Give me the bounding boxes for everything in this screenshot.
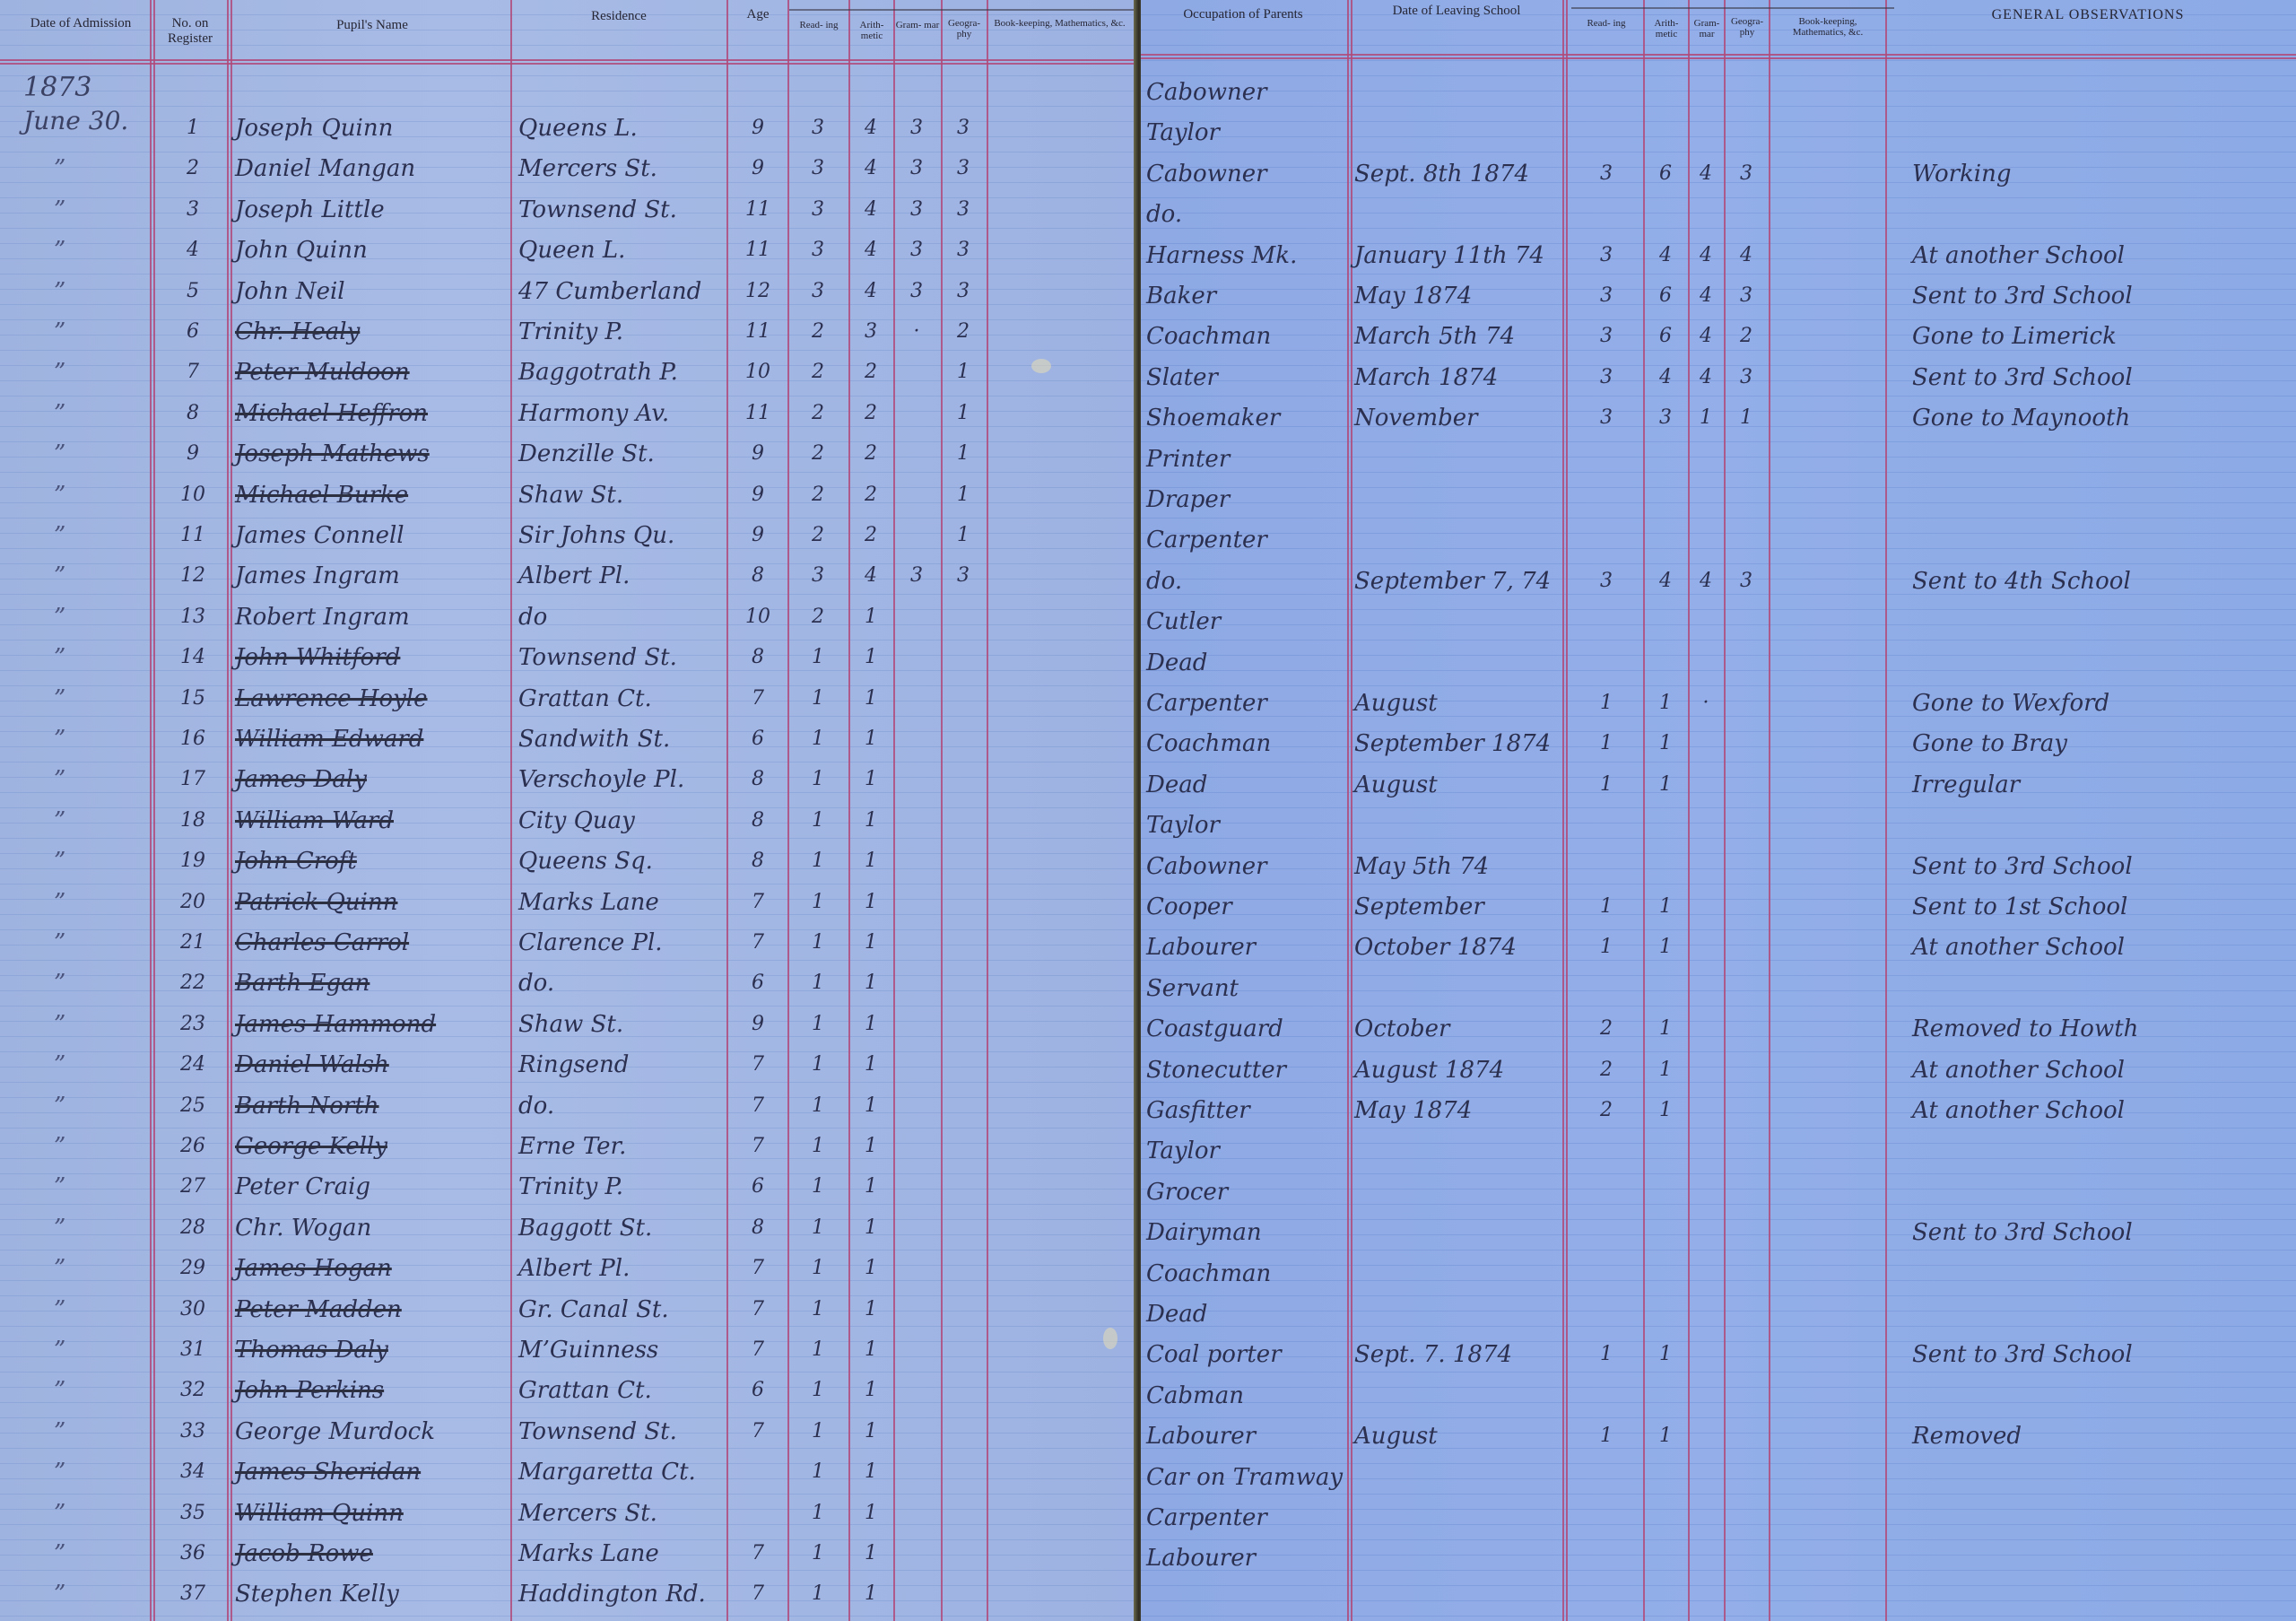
parent-arithmetic: 4	[1645, 561, 1686, 602]
pupil-name: Chr. Healy	[235, 311, 504, 353]
parent-geography	[1726, 1172, 1767, 1213]
date-of-leaving	[1354, 1172, 1561, 1213]
parent-occupation: Taylor	[1146, 112, 1345, 153]
pupil-no: 23	[161, 1004, 224, 1045]
general-observation: Gone to Bray	[1912, 723, 2289, 764]
ditto-mark: ”	[54, 922, 90, 963]
parent-reading	[1571, 1375, 1641, 1416]
parent-reading	[1571, 1457, 1641, 1498]
pupil-name: William Ward	[235, 800, 504, 841]
parent-occupation: Servant	[1146, 968, 1345, 1009]
pupil-no: 28	[161, 1207, 224, 1249]
pupil-residence: Mercers St.	[518, 148, 725, 189]
pupil-no: 18	[161, 800, 224, 841]
pupil-arithmetic: 1	[850, 1085, 891, 1127]
pupil-arithmetic: 1	[850, 1493, 891, 1534]
pupil-residence: Queens Sq.	[518, 841, 725, 882]
parent-arithmetic	[1645, 1375, 1686, 1416]
date-of-leaving: August	[1354, 764, 1561, 806]
pupil-reading: 1	[791, 922, 845, 963]
parent-grammar	[1690, 1130, 1722, 1172]
pupil-grammar	[895, 1044, 938, 1085]
parent-occupation: Dairyman	[1146, 1212, 1345, 1253]
pupil-geography	[942, 1207, 985, 1249]
header-date-of-admission: Date of Admission	[27, 16, 135, 31]
parent-reading: 3	[1571, 275, 1641, 317]
pupil-grammar	[895, 841, 938, 882]
parent-occupation: do.	[1146, 194, 1345, 235]
pupil-residence: City Quay	[518, 800, 725, 841]
parent-grammar	[1690, 1253, 1722, 1294]
pupil-age: 7	[731, 1289, 785, 1330]
header-geography: Geogra- phy	[942, 18, 987, 39]
pupil-name: Barth North	[235, 1085, 504, 1127]
pupil-residence: Erne Ter.	[518, 1126, 725, 1167]
parent-arithmetic	[1645, 642, 1686, 684]
date-of-leaving: March 5th 74	[1354, 316, 1561, 357]
parent-occupation: Baker	[1146, 275, 1345, 317]
pupil-age: 10	[731, 597, 785, 638]
header-reading: Read- ing	[1570, 18, 1643, 29]
general-observation	[1912, 439, 2289, 480]
parent-arithmetic	[1645, 1294, 1686, 1335]
pupil-arithmetic: 1	[850, 1573, 891, 1615]
pupil-geography	[942, 1329, 985, 1371]
pupil-name: Peter Muldoon	[235, 352, 504, 393]
pupil-residence: Albert Pl.	[518, 555, 725, 597]
pupil-grammar	[895, 1289, 938, 1330]
parent-arithmetic: 4	[1645, 357, 1686, 398]
pupil-reading: 1	[791, 1329, 845, 1371]
parent-grammar	[1690, 846, 1722, 887]
parent-reading: 3	[1571, 397, 1641, 439]
pupil-grammar	[895, 475, 938, 516]
date-of-leaving	[1354, 1375, 1561, 1416]
parent-grammar: 1	[1690, 397, 1722, 439]
pupil-reading: 3	[791, 230, 845, 271]
parent-geography	[1726, 439, 1767, 480]
pupil-reading: 1	[791, 1166, 845, 1207]
pupil-arithmetic: 1	[850, 1329, 891, 1371]
ditto-mark: ”	[54, 678, 90, 719]
parent-arithmetic: 1	[1645, 1090, 1686, 1131]
pupil-residence: Sandwith St.	[518, 719, 725, 760]
ditto-mark: ”	[54, 271, 90, 312]
pupil-no: 26	[161, 1126, 224, 1167]
pupil-residence: Grattan Ct.	[518, 678, 725, 719]
parent-grammar	[1690, 1008, 1722, 1050]
pupil-reading: 2	[791, 311, 845, 353]
pupil-age: 7	[731, 1248, 785, 1289]
parent-arithmetic: 1	[1645, 1050, 1686, 1091]
pupil-name: Chr. Wogan	[235, 1207, 504, 1249]
pupil-reading: 2	[791, 597, 845, 638]
pupil-residence: Shaw St.	[518, 1004, 725, 1045]
pupil-name: Daniel Walsh	[235, 1044, 504, 1085]
pupil-age: 8	[731, 637, 785, 678]
ditto-mark: ”	[54, 759, 90, 800]
parent-arithmetic	[1645, 519, 1686, 561]
parent-occupation: Carpenter	[1146, 519, 1345, 561]
pupil-age: 8	[731, 800, 785, 841]
general-observation	[1912, 519, 2289, 561]
pupil-no: 19	[161, 841, 224, 882]
pupil-no: 20	[161, 882, 224, 923]
pupil-geography: 1	[942, 515, 985, 556]
pupil-geography	[942, 759, 985, 800]
parent-grammar	[1690, 1538, 1722, 1579]
pupil-no: 8	[161, 393, 224, 434]
parent-reading: 1	[1571, 1416, 1641, 1457]
pupil-reading: 1	[791, 1411, 845, 1452]
parent-grammar	[1690, 1457, 1722, 1498]
pupil-residence: Baggott St.	[518, 1207, 725, 1249]
pupil-geography: 1	[942, 352, 985, 393]
ditto-mark: ”	[54, 393, 90, 434]
pupil-geography: 3	[942, 189, 985, 231]
parent-grammar	[1690, 1172, 1722, 1213]
pupil-residence: Grattan Ct.	[518, 1370, 725, 1411]
parent-occupation: Labourer	[1146, 1416, 1345, 1457]
general-observation: Sent to 3rd School	[1912, 846, 2289, 887]
parent-arithmetic: 6	[1645, 275, 1686, 317]
pupil-arithmetic: 2	[850, 515, 891, 556]
ditto-mark: ”	[54, 148, 90, 189]
pupil-reading: 1	[791, 1044, 845, 1085]
parent-reading	[1571, 1294, 1641, 1335]
pupil-residence: Queens L.	[518, 108, 725, 149]
pupil-reading: 2	[791, 352, 845, 393]
pupil-arithmetic: 4	[850, 271, 891, 312]
general-observation: Sent to 3rd School	[1912, 357, 2289, 398]
pupil-arithmetic: 2	[850, 393, 891, 434]
pupil-geography: 1	[942, 433, 985, 475]
parent-reading	[1571, 1538, 1641, 1579]
parent-geography	[1726, 72, 1767, 113]
pupil-arithmetic: 4	[850, 555, 891, 597]
pupil-age: 7	[731, 1533, 785, 1574]
parent-grammar	[1690, 519, 1722, 561]
pupil-grammar: ·	[895, 311, 938, 353]
date-of-leaving	[1354, 1212, 1561, 1253]
pupil-reading: 1	[791, 1289, 845, 1330]
pupil-name: John Croft	[235, 841, 504, 882]
pupil-age: 6	[731, 719, 785, 760]
parent-occupation: Cutler	[1146, 601, 1345, 642]
header-grammar: Gram- mar	[895, 20, 940, 31]
pupil-name: George Murdock	[235, 1411, 504, 1452]
parent-geography	[1726, 723, 1767, 764]
pupil-grammar	[895, 433, 938, 475]
parent-geography	[1726, 1416, 1767, 1457]
parent-geography	[1726, 764, 1767, 806]
ditto-mark: ”	[54, 1166, 90, 1207]
ditto-mark: ”	[54, 1126, 90, 1167]
pupil-arithmetic: 1	[850, 1533, 891, 1574]
parent-geography	[1726, 1457, 1767, 1498]
general-observation	[1912, 194, 2289, 235]
pupil-age: 8	[731, 555, 785, 597]
pupil-geography	[942, 1004, 985, 1045]
pupil-name: Daniel Mangan	[235, 148, 504, 189]
parent-occupation: Shoemaker	[1146, 397, 1345, 439]
pupil-age: 7	[731, 1329, 785, 1371]
date-of-leaving	[1354, 1253, 1561, 1294]
parent-reading	[1571, 642, 1641, 684]
pupil-arithmetic: 1	[850, 759, 891, 800]
pupil-grammar	[895, 1126, 938, 1167]
register-spread: Date of Admission No. on Register Pupil'…	[0, 0, 2296, 1621]
pupil-grammar: 3	[895, 271, 938, 312]
pupil-reading: 3	[791, 271, 845, 312]
pupil-arithmetic: 1	[850, 1166, 891, 1207]
parent-arithmetic	[1645, 439, 1686, 480]
parent-grammar: 4	[1690, 357, 1722, 398]
pupil-grammar	[895, 1166, 938, 1207]
pupil-residence: Shaw St.	[518, 475, 725, 516]
pupil-geography	[942, 922, 985, 963]
pupil-age: 12	[731, 271, 785, 312]
general-observation	[1912, 805, 2289, 846]
parent-grammar: 4	[1690, 153, 1722, 195]
parent-grammar	[1690, 439, 1722, 480]
parent-geography	[1726, 846, 1767, 887]
pupil-geography	[942, 719, 985, 760]
parent-geography	[1726, 805, 1767, 846]
pupil-reading: 1	[791, 1370, 845, 1411]
parent-reading: 1	[1571, 1334, 1641, 1375]
parent-geography	[1726, 112, 1767, 153]
parent-reading: 3	[1571, 561, 1641, 602]
pupil-no: 37	[161, 1573, 224, 1615]
parent-arithmetic	[1645, 805, 1686, 846]
parent-reading	[1571, 519, 1641, 561]
parent-arithmetic: 4	[1645, 235, 1686, 276]
parent-geography: 3	[1726, 357, 1767, 398]
date-of-leaving: September 1874	[1354, 723, 1561, 764]
parent-arithmetic: 1	[1645, 723, 1686, 764]
parent-reading: 3	[1571, 316, 1641, 357]
left-page: Date of Admission No. on Register Pupil'…	[0, 0, 1139, 1621]
general-observation: Removed	[1912, 1416, 2289, 1457]
pupil-residence: Verschoyle Pl.	[518, 759, 725, 800]
parent-grammar	[1690, 968, 1722, 1009]
pupil-arithmetic: 2	[850, 475, 891, 516]
parent-occupation: Harness Mk.	[1146, 235, 1345, 276]
parent-grammar	[1690, 1212, 1722, 1253]
parent-geography	[1726, 927, 1767, 968]
pupil-age: 7	[731, 1126, 785, 1167]
parent-reading	[1571, 72, 1641, 113]
ditto-mark: ”	[54, 882, 90, 923]
pupil-geography	[942, 963, 985, 1004]
pupil-geography: 3	[942, 230, 985, 271]
parent-reading: 1	[1571, 683, 1641, 724]
pupil-name: Joseph Quinn	[235, 108, 504, 149]
header-pupils-name: Pupil's Name	[233, 18, 511, 33]
parent-reading	[1571, 805, 1641, 846]
pupil-arithmetic: 1	[850, 1207, 891, 1249]
parent-geography	[1726, 1497, 1767, 1538]
ditto-mark: ”	[54, 1289, 90, 1330]
pupil-arithmetic: 1	[850, 678, 891, 719]
parent-grammar	[1690, 1334, 1722, 1375]
parent-grammar	[1690, 194, 1722, 235]
pupil-residence: M’Guinness	[518, 1329, 725, 1371]
parent-occupation: Car on Tramway	[1146, 1457, 1345, 1498]
pupil-no: 21	[161, 922, 224, 963]
pupil-residence: Baggotrath P.	[518, 352, 725, 393]
parent-occupation: Coachman	[1146, 723, 1345, 764]
pupil-no: 13	[161, 597, 224, 638]
pupil-grammar: 3	[895, 148, 938, 189]
pupil-age: 9	[731, 148, 785, 189]
pupil-age: 11	[731, 189, 785, 231]
pupil-geography	[942, 841, 985, 882]
pupil-no: 9	[161, 433, 224, 475]
header-occupation: Occupation of Parents	[1141, 7, 1345, 22]
pupil-residence: Gr. Canal St.	[518, 1289, 725, 1330]
pupil-age: 9	[731, 108, 785, 149]
paper-stain	[1031, 359, 1051, 373]
pupil-grammar	[895, 1248, 938, 1289]
date-of-leaving: May 5th 74	[1354, 846, 1561, 887]
parent-geography	[1726, 1538, 1767, 1579]
pupil-name: Joseph Little	[235, 189, 504, 231]
pupil-geography	[942, 1573, 985, 1615]
ditto-mark: ”	[54, 189, 90, 231]
pupil-arithmetic: 1	[850, 1451, 891, 1493]
pupil-grammar: 3	[895, 230, 938, 271]
pupil-age: 7	[731, 1411, 785, 1452]
pupil-name: John Neil	[235, 271, 504, 312]
date-of-leaving: Sept. 7. 1874	[1354, 1334, 1561, 1375]
pupil-residence: 47 Cumberland	[518, 271, 725, 312]
pupil-residence: do	[518, 597, 725, 638]
ditto-mark: ”	[54, 963, 90, 1004]
pupil-grammar	[895, 1573, 938, 1615]
pupil-geography	[942, 800, 985, 841]
parent-occupation: Coachman	[1146, 1253, 1345, 1294]
parent-arithmetic	[1645, 1538, 1686, 1579]
parent-grammar	[1690, 112, 1722, 153]
pupil-arithmetic: 1	[850, 597, 891, 638]
pupil-reading: 1	[791, 759, 845, 800]
parent-reading	[1571, 439, 1641, 480]
ditto-mark: ”	[54, 1329, 90, 1371]
pupil-name: James Sheridan	[235, 1451, 504, 1493]
header-general-observations: GENERAL OBSERVATIONS	[1891, 7, 2285, 22]
pupil-name: Joseph Mathews	[235, 433, 504, 475]
general-observation	[1912, 1294, 2289, 1335]
pupil-reading: 1	[791, 800, 845, 841]
pupil-name: James Connell	[235, 515, 504, 556]
pupil-name: James Daly	[235, 759, 504, 800]
parent-arithmetic	[1645, 968, 1686, 1009]
pupil-geography	[942, 1085, 985, 1127]
parent-reading	[1571, 1253, 1641, 1294]
pupil-arithmetic: 1	[850, 637, 891, 678]
pupil-geography	[942, 1289, 985, 1330]
pupil-arithmetic: 1	[850, 719, 891, 760]
subhead-rule	[789, 9, 1134, 11]
parent-reading: 2	[1571, 1008, 1641, 1050]
parent-geography: 3	[1726, 561, 1767, 602]
date-of-leaving	[1354, 72, 1561, 113]
parent-grammar	[1690, 1375, 1722, 1416]
pupil-no: 14	[161, 637, 224, 678]
date-of-leaving	[1354, 112, 1561, 153]
date-of-leaving: October 1874	[1354, 927, 1561, 968]
parent-occupation: Slater	[1146, 357, 1345, 398]
header-grammar: Gram- mar	[1690, 18, 1724, 39]
parent-arithmetic: 3	[1645, 397, 1686, 439]
parent-arithmetic: 6	[1645, 153, 1686, 195]
pupil-arithmetic: 1	[850, 800, 891, 841]
general-observation	[1912, 1253, 2289, 1294]
pupil-name: James Hogan	[235, 1248, 504, 1289]
pupil-no: 34	[161, 1451, 224, 1493]
pupil-geography: 1	[942, 393, 985, 434]
pupil-name: Patrick Quinn	[235, 882, 504, 923]
pupil-arithmetic: 3	[850, 311, 891, 353]
general-observation	[1912, 1497, 2289, 1538]
parent-geography	[1726, 1090, 1767, 1131]
pupil-reading: 1	[791, 637, 845, 678]
pupil-no: 30	[161, 1289, 224, 1330]
pupil-reading: 3	[791, 148, 845, 189]
parent-reading: 3	[1571, 153, 1641, 195]
header-bookkeeping: Book-keeping, Mathematics, &c.	[1772, 16, 1883, 38]
pupil-residence: do.	[518, 1085, 725, 1127]
parent-geography	[1726, 1008, 1767, 1050]
pupil-geography	[942, 1126, 985, 1167]
parent-geography	[1726, 1253, 1767, 1294]
pupil-no: 25	[161, 1085, 224, 1127]
parent-geography	[1726, 886, 1767, 928]
ditto-mark: ”	[54, 719, 90, 760]
header-reading: Read- ing	[789, 20, 848, 31]
pupil-name: Peter Madden	[235, 1289, 504, 1330]
header-date-leaving: Date of Leaving School	[1352, 4, 1561, 19]
ditto-mark: ”	[54, 433, 90, 475]
general-observation: At another School	[1912, 927, 2289, 968]
pupil-no: 2	[161, 148, 224, 189]
date-of-leaving	[1354, 1130, 1561, 1172]
ditto-mark: ”	[54, 1004, 90, 1045]
pupil-reading: 3	[791, 108, 845, 149]
parent-geography	[1726, 683, 1767, 724]
pupil-grammar: 3	[895, 189, 938, 231]
pupil-geography	[942, 678, 985, 719]
pupil-age: 11	[731, 393, 785, 434]
ditto-mark: ”	[54, 1085, 90, 1127]
pupil-geography	[942, 882, 985, 923]
parent-reading: 1	[1571, 764, 1641, 806]
header-arithmetic: Arith- metic	[1645, 18, 1688, 39]
pupil-age: 7	[731, 678, 785, 719]
pupil-age: 8	[731, 841, 785, 882]
parent-reading: 3	[1571, 357, 1641, 398]
pupil-reading: 1	[791, 1533, 845, 1574]
ditto-mark: ”	[54, 1493, 90, 1534]
pupil-arithmetic: 1	[850, 963, 891, 1004]
pupil-name: William Edward	[235, 719, 504, 760]
date-of-leaving: August 1874	[1354, 1050, 1561, 1091]
parent-reading: 3	[1571, 235, 1641, 276]
date-of-leaving	[1354, 439, 1561, 480]
header-rule	[1141, 54, 2296, 59]
